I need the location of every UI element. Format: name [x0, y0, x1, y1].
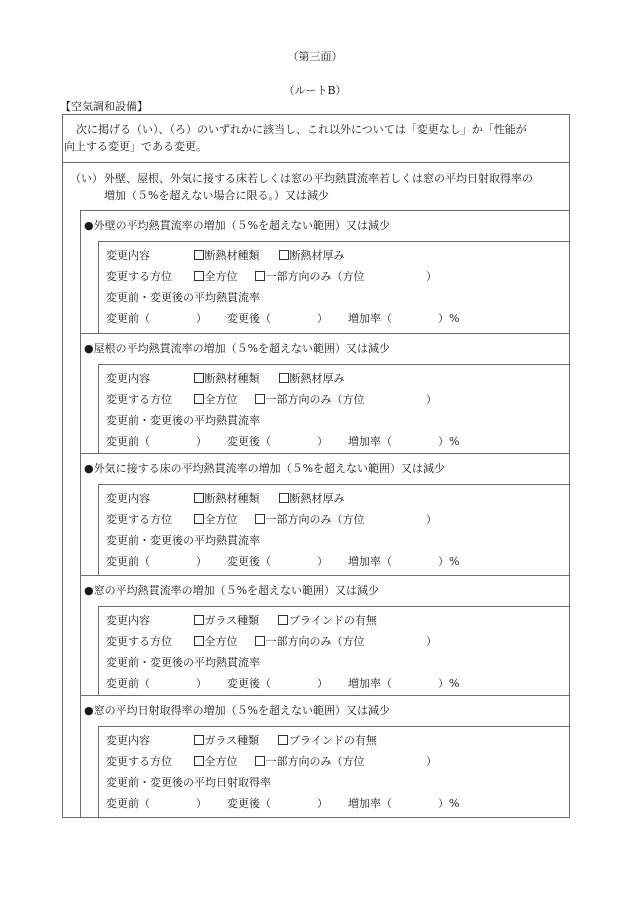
direction-close: ） [426, 635, 437, 648]
option-2[interactable]: 断熱材厚み [279, 492, 345, 505]
metric-label: 変更前・変更後の平均熱貫流率 [106, 414, 260, 428]
item-heading: ●外気に接する床の平均熱貫流率の増加（５%を超えない範囲）又は減少 [84, 462, 445, 476]
direction-all-option[interactable]: 全方位 [194, 513, 238, 526]
before-label: 変更前（ [106, 312, 150, 325]
change-content-label: 変更内容 [106, 734, 190, 748]
rate-label: 増加率（ [348, 435, 392, 448]
direction-partial-option[interactable]: 一部方向のみ（方位 [255, 513, 365, 526]
item-heading: ●窓の平均日射取得率の増加（５%を超えない範囲）又は減少 [84, 704, 390, 718]
metric-label: 変更前・変更後の平均熱貫流率 [106, 534, 260, 548]
direction-row: 変更する方位 全方位 一部方向のみ（方位 ） [106, 755, 437, 769]
after-close: ） [317, 797, 328, 810]
checkbox-icon[interactable] [194, 250, 204, 260]
checkbox-icon[interactable] [279, 493, 289, 503]
direction-all-label: 全方位 [205, 270, 238, 283]
direction-partial-label: 一部方向のみ（方位 [266, 393, 365, 406]
section-title: 【空気調和設備】 [60, 98, 148, 114]
rate-label: 増加率（ [348, 677, 392, 690]
direction-partial-option[interactable]: 一部方向のみ（方位 [255, 755, 365, 768]
direction-label: 変更する方位 [106, 513, 190, 527]
option-1-label: 断熱材種類 [205, 372, 260, 385]
direction-partial-label: 一部方向のみ（方位 [266, 513, 365, 526]
item-divider [80, 695, 570, 696]
option-1[interactable]: ガラス種類 [194, 734, 260, 747]
item-divider [80, 453, 570, 454]
after-close: ） [317, 312, 328, 325]
change-content-row: 変更内容 断熱材種類 断熱材厚み [106, 372, 345, 386]
option-1[interactable]: ガラス種類 [194, 614, 260, 627]
direction-close: ） [426, 755, 437, 768]
page-label: （第三面） [0, 48, 630, 64]
before-label: 変更前（ [106, 555, 150, 568]
before-close: ） [196, 797, 207, 810]
option-2[interactable]: ブラインドの有無 [278, 614, 377, 627]
rate-close: ）% [438, 797, 459, 810]
metric-label: 変更前・変更後の平均日射取得率 [106, 776, 271, 790]
checkbox-icon[interactable] [194, 373, 204, 383]
checkbox-icon[interactable] [255, 756, 265, 766]
direction-partial-label: 一部方向のみ（方位 [266, 270, 365, 283]
item-heading: ●窓の平均熱貫流率の増加（５%を超えない範囲）又は減少 [84, 584, 379, 598]
checkbox-icon[interactable] [194, 636, 204, 646]
option-2-label: 断熱材厚み [290, 492, 345, 505]
values-row: 変更前（）変更後（）増加率（）% [106, 435, 459, 449]
checkbox-icon[interactable] [194, 394, 204, 404]
direction-partial-label: 一部方向のみ（方位 [266, 635, 365, 648]
route-label: （ルートB） [0, 82, 630, 98]
direction-row: 変更する方位 全方位 一部方向のみ（方位 ） [106, 393, 437, 407]
after-label: 変更後（ [227, 312, 271, 325]
direction-all-label: 全方位 [205, 393, 238, 406]
option-1-label: 断熱材種類 [205, 249, 260, 262]
intro-divider [62, 162, 570, 163]
rate-label: 増加率（ [348, 797, 392, 810]
option-1[interactable]: 断熱材種類 [194, 249, 260, 262]
rate-close: ）% [438, 312, 459, 325]
direction-partial-label: 一部方向のみ（方位 [266, 755, 365, 768]
direction-all-option[interactable]: 全方位 [194, 635, 238, 648]
change-content-label: 変更内容 [106, 492, 190, 506]
checkbox-icon[interactable] [194, 493, 204, 503]
direction-label: 変更する方位 [106, 635, 190, 649]
after-label: 変更後（ [227, 435, 271, 448]
before-close: ） [196, 435, 207, 448]
after-label: 変更後（ [227, 677, 271, 690]
direction-all-label: 全方位 [205, 513, 238, 526]
checkbox-icon[interactable] [279, 250, 289, 260]
values-row: 変更前（）変更後（）増加率（）% [106, 677, 459, 691]
option-2-label: 断熱材厚み [290, 249, 345, 262]
checkbox-icon[interactable] [194, 615, 204, 625]
direction-partial-option[interactable]: 一部方向のみ（方位 [255, 270, 365, 283]
clause-i-line-1: 外壁、屋根、外気に接する床若しくは窓の平均熱貫流率若しくは窓の平均日射取得率の [104, 172, 533, 186]
option-2[interactable]: ブラインドの有無 [278, 734, 377, 747]
option-1-label: ガラス種類 [205, 614, 260, 627]
direction-row: 変更する方位 全方位 一部方向のみ（方位 ） [106, 513, 437, 527]
after-close: ） [317, 435, 328, 448]
direction-all-label: 全方位 [205, 755, 238, 768]
clause-i-line-2: 増加（５%を超えない場合に限る。）又は減少 [104, 189, 329, 203]
direction-label: 変更する方位 [106, 393, 190, 407]
intro-line-1: 次に掲げる（い）、（ろ）のいずれかに該当し、これ以外については「変更なし」か「性… [76, 123, 527, 137]
after-close: ） [317, 555, 328, 568]
checkbox-icon[interactable] [194, 756, 204, 766]
values-row: 変更前（）変更後（）増加率（）% [106, 312, 459, 326]
option-1-label: ガラス種類 [205, 734, 260, 747]
direction-label: 変更する方位 [106, 755, 190, 769]
item-heading: ●屋根の平均熱貫流率の増加（５%を超えない範囲）又は減少 [84, 342, 390, 356]
item-heading: ●外壁の平均熱貫流率の増加（５%を超えない範囲）又は減少 [84, 219, 390, 233]
rate-label: 増加率（ [348, 555, 392, 568]
option-2[interactable]: 断熱材厚み [279, 372, 345, 385]
after-label: 変更後（ [227, 797, 271, 810]
change-content-row: 変更内容 断熱材種類 断熱材厚み [106, 492, 345, 506]
change-content-row: 変更内容 ガラス種類 ブラインドの有無 [106, 734, 377, 748]
checkbox-icon[interactable] [194, 514, 204, 524]
option-2-label: ブラインドの有無 [289, 614, 377, 627]
direction-all-option[interactable]: 全方位 [194, 393, 238, 406]
direction-close: ） [426, 513, 437, 526]
checkbox-icon[interactable] [279, 373, 289, 383]
checkbox-icon[interactable] [278, 735, 288, 745]
option-2[interactable]: 断熱材厚み [279, 249, 345, 262]
direction-all-option[interactable]: 全方位 [194, 755, 238, 768]
direction-close: ） [426, 393, 437, 406]
option-1[interactable]: 断熱材種類 [194, 492, 260, 505]
direction-partial-option[interactable]: 一部方向のみ（方位 [255, 635, 365, 648]
direction-all-label: 全方位 [205, 635, 238, 648]
change-content-label: 変更内容 [106, 372, 190, 386]
direction-row: 変更する方位 全方位 一部方向のみ（方位 ） [106, 635, 437, 649]
checkbox-icon[interactable] [278, 615, 288, 625]
after-close: ） [317, 677, 328, 690]
rate-close: ）% [438, 555, 459, 568]
checkbox-icon[interactable] [255, 271, 265, 281]
change-content-label: 変更内容 [106, 614, 190, 628]
before-close: ） [196, 312, 207, 325]
checkbox-icon[interactable] [255, 514, 265, 524]
intro-line-2: 向上する変更」である変更。 [64, 140, 207, 154]
metric-label: 変更前・変更後の平均熱貫流率 [106, 656, 260, 670]
before-close: ） [196, 555, 207, 568]
option-1-label: 断熱材種類 [205, 492, 260, 505]
values-row: 変更前（）変更後（）増加率（）% [106, 797, 459, 811]
before-label: 変更前（ [106, 435, 150, 448]
change-content-row: 変更内容 ガラス種類 ブラインドの有無 [106, 614, 377, 628]
direction-close: ） [426, 270, 437, 283]
clause-i-marker: （い） [70, 172, 103, 186]
checkbox-icon[interactable] [255, 636, 265, 646]
checkbox-icon[interactable] [255, 394, 265, 404]
item-divider [80, 333, 570, 334]
values-row: 変更前（）変更後（）増加率（）% [106, 555, 459, 569]
change-content-label: 変更内容 [106, 249, 190, 263]
item-divider [80, 575, 570, 576]
change-content-row: 変更内容 断熱材種類 断熱材厚み [106, 249, 345, 263]
direction-label: 変更する方位 [106, 270, 190, 284]
option-2-label: 断熱材厚み [290, 372, 345, 385]
before-label: 変更前（ [106, 797, 150, 810]
before-label: 変更前（ [106, 677, 150, 690]
rate-close: ）% [438, 435, 459, 448]
metric-label: 変更前・変更後の平均熱貫流率 [106, 291, 260, 305]
rate-label: 増加率（ [348, 312, 392, 325]
direction-partial-option[interactable]: 一部方向のみ（方位 [255, 393, 365, 406]
checkbox-icon[interactable] [194, 271, 204, 281]
after-label: 変更後（ [227, 555, 271, 568]
option-2-label: ブラインドの有無 [289, 734, 377, 747]
option-1[interactable]: 断熱材種類 [194, 372, 260, 385]
direction-row: 変更する方位 全方位 一部方向のみ（方位 ） [106, 270, 437, 284]
direction-all-option[interactable]: 全方位 [194, 270, 238, 283]
rate-close: ）% [438, 677, 459, 690]
before-close: ） [196, 677, 207, 690]
checkbox-icon[interactable] [194, 735, 204, 745]
